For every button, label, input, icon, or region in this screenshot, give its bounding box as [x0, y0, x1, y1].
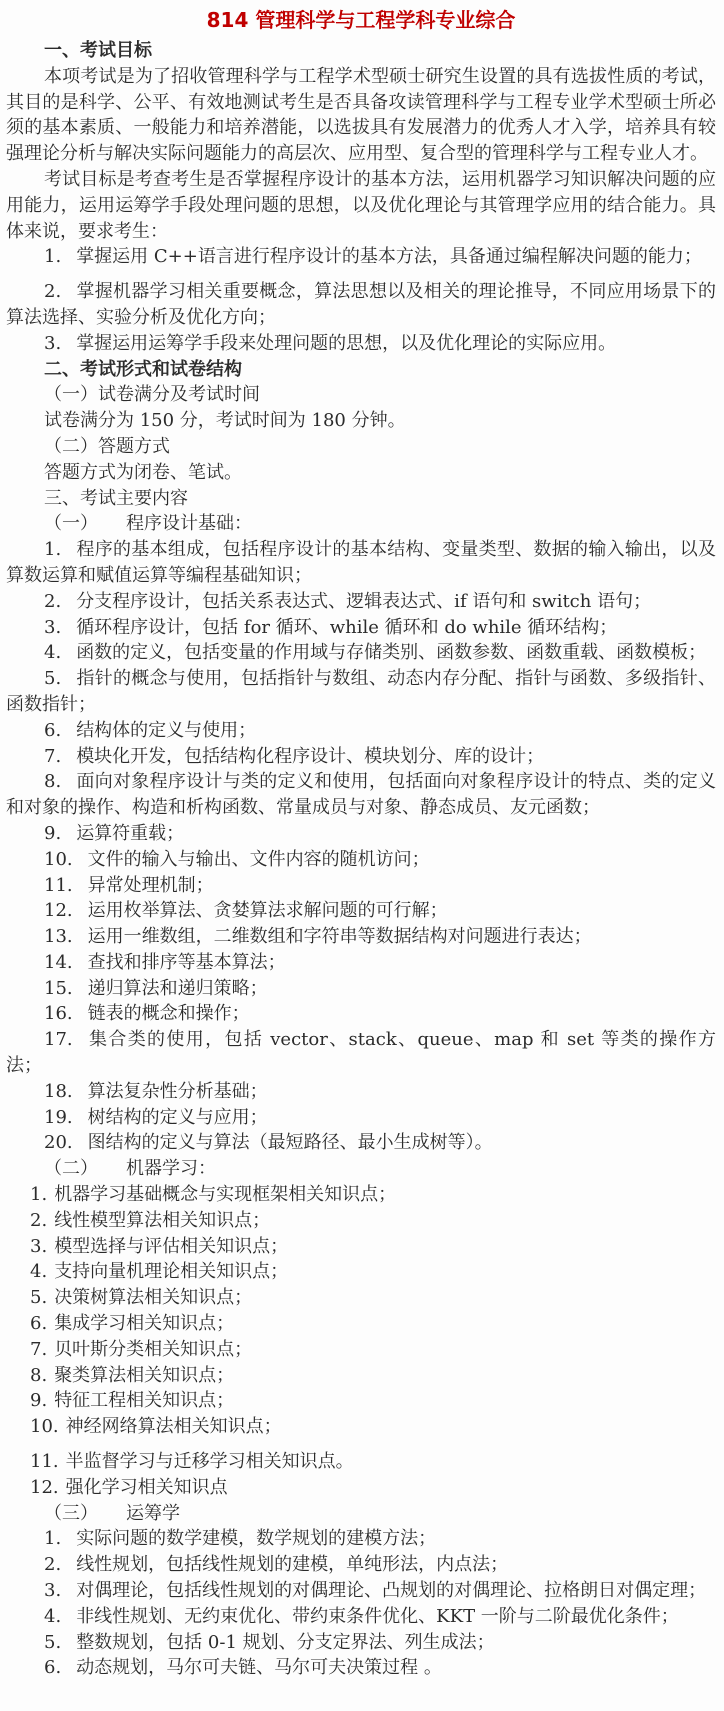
item-number: 5. [30, 1287, 47, 1308]
text-line: 试卷满分为 150 分，考试时间为 180 分钟。 [6, 408, 716, 434]
item-text: 动态规划，马尔可夫链、马尔可夫决策过程 。 [76, 1657, 442, 1678]
item-number: 11. [44, 875, 73, 896]
text-line: 三、考试主要内容 [6, 486, 716, 512]
item-number: 6. [44, 720, 61, 741]
list-item: 4.函数的定义，包括变量的作用域与存储类别、函数参数、函数重载、函数模板； [6, 640, 716, 666]
item-text: 实际问题的数学建模，数学规划的建模方法； [76, 1528, 436, 1549]
list-item: 6.动态规划，马尔可夫链、马尔可夫决策过程 。 [6, 1655, 716, 1681]
item-text: 机器学习： [126, 1158, 216, 1179]
list-item: 17.集合类的使用，包括 vector、stack、queue、map 和 se… [6, 1027, 716, 1079]
list-item: 2.掌握机器学习相关重要概念，算法思想以及相关的理论推导，不同应用场景下的算法选… [6, 279, 716, 331]
item-number: 1. [30, 1184, 47, 1205]
item-text: 程序设计基础： [126, 513, 252, 534]
list-item: 6.结构体的定义与使用； [6, 718, 716, 744]
item-text: 树结构的定义与应用； [88, 1107, 268, 1128]
item-number: 2. [44, 281, 61, 302]
item-number: 17. [44, 1029, 73, 1050]
item-text: 分支程序设计，包括关系表达式、逻辑表达式、if 语句和 switch 语句； [76, 591, 651, 612]
item-number: 2. [30, 1210, 47, 1231]
list-item: 5.决策树算法相关知识点； [6, 1285, 716, 1311]
item-text: 掌握运用 C++语言进行程序设计的基本方法，具备通过编程解决问题的能力； [76, 246, 702, 267]
item-number: 10. [30, 1416, 59, 1437]
list-item: 2.线性模型算法相关知识点； [6, 1208, 716, 1234]
item-number: 15. [44, 978, 73, 999]
document-page: 814 管理科学与工程学科专业综合 一、考试目标本项考试是为了招收管理科学与工程… [0, 0, 724, 1711]
item-number: 4. [30, 1261, 47, 1282]
item-text: 特征工程相关知识点； [54, 1390, 234, 1411]
item-number: 2. [44, 591, 61, 612]
item-text: 运用一维数组，二维数组和字符串等数据结构对问题进行表达； [88, 926, 592, 947]
list-item: 4.支持向量机理论相关知识点； [6, 1259, 716, 1285]
list-item: 3.模型选择与评估相关知识点； [6, 1234, 716, 1260]
list-item: 5.指针的概念与使用，包括指针与数组、动态内存分配、指针与函数、多级指针、函数指… [6, 666, 716, 718]
list-item: 3.掌握运用运筹学手段来处理问题的思想，以及优化理论的实际应用。 [6, 331, 716, 357]
item-number: 20. [44, 1132, 73, 1153]
item-text: 循环程序设计，包括 for 循环、while 循环和 do while 循环结构… [76, 617, 617, 638]
list-item: 12.强化学习相关知识点 [6, 1475, 716, 1501]
item-text: 函数的定义，包括变量的作用域与存储类别、函数参数、函数重载、函数模板； [76, 642, 706, 663]
list-item: 5.整数规划，包括 0-1 规划、分支定界法、列生成法； [6, 1630, 716, 1656]
list-item: 10.神经网络算法相关知识点； [6, 1414, 716, 1440]
item-text: 对偶理论，包括线性规划的对偶理论、凸规划的对偶理论、拉格朗日对偶定理； [76, 1580, 706, 1601]
item-text: 整数规划，包括 0-1 规划、分支定界法、列生成法； [76, 1632, 494, 1653]
item-number: 6. [44, 1657, 61, 1678]
item-text: 支持向量机理论相关知识点； [54, 1261, 288, 1282]
list-item: 4.非线性规划、无约束优化、带约束条件优化、KKT 一阶与二阶最优化条件； [6, 1604, 716, 1630]
item-text: 面向对象程序设计与类的定义和使用，包括面向对象程序设计的特点、类的定义和对象的操… [6, 771, 716, 818]
item-number: （二） [44, 1158, 98, 1179]
item-text: 图结构的定义与算法（最短路径、最小生成树等）。 [88, 1132, 493, 1153]
item-number: 6. [30, 1313, 47, 1334]
item-number: 7. [30, 1339, 47, 1360]
subsection-heading: （一）程序设计基础： [6, 511, 716, 537]
text-line: （一）试卷满分及考试时间 [6, 382, 716, 408]
item-text: 查找和排序等基本算法； [88, 952, 286, 973]
item-number: 3. [30, 1236, 47, 1257]
item-number: 1. [44, 1528, 61, 1549]
item-text: 神经网络算法相关知识点； [66, 1416, 282, 1437]
item-text: 运筹学 [126, 1503, 180, 1524]
item-number: （三） [44, 1503, 98, 1524]
item-number: 9. [44, 823, 61, 844]
item-number: 14. [44, 952, 73, 973]
list-item: 3.对偶理论，包括线性规划的对偶理论、凸规划的对偶理论、拉格朗日对偶定理； [6, 1578, 716, 1604]
text-line: 答题方式为闭卷、笔试。 [6, 460, 716, 486]
item-text: 非线性规划、无约束优化、带约束条件优化、KKT 一阶与二阶最优化条件； [76, 1606, 679, 1627]
item-number: 18. [44, 1081, 73, 1102]
item-text: 半监督学习与迁移学习相关知识点。 [66, 1451, 354, 1472]
list-item: 9.特征工程相关知识点； [6, 1388, 716, 1414]
list-item: 7.模块化开发，包括结构化程序设计、模块划分、库的设计； [6, 744, 716, 770]
list-item: 3.循环程序设计，包括 for 循环、while 循环和 do while 循环… [6, 615, 716, 641]
item-text: 结构体的定义与使用； [76, 720, 256, 741]
list-item: 16.链表的概念和操作； [6, 1001, 716, 1027]
item-number: 16. [44, 1003, 73, 1024]
section-heading: 二、考试形式和试卷结构 [6, 357, 716, 383]
item-text: 强化学习相关知识点 [66, 1477, 228, 1498]
item-number: 19. [44, 1107, 73, 1128]
item-number: 13. [44, 926, 73, 947]
item-number: 10. [44, 849, 73, 870]
item-text: 集成学习相关知识点； [54, 1313, 234, 1334]
item-text: 机器学习基础概念与实现框架相关知识点； [54, 1184, 396, 1205]
item-text: 指针的概念与使用，包括指针与数组、动态内存分配、指针与函数、多级指针、函数指针； [6, 668, 716, 715]
item-text: 掌握机器学习相关重要概念，算法思想以及相关的理论推导，不同应用场景下的算法选择、… [6, 281, 716, 328]
item-text: 贝叶斯分类相关知识点； [54, 1339, 252, 1360]
document-body: 一、考试目标本项考试是为了招收管理科学与工程学术型硕士研究生设置的具有选拔性质的… [6, 38, 716, 1681]
item-text: 异常处理机制； [88, 875, 214, 896]
item-text: 线性模型算法相关知识点； [54, 1210, 270, 1231]
list-item: 2.分支程序设计，包括关系表达式、逻辑表达式、if 语句和 switch 语句； [6, 589, 716, 615]
list-item: 20.图结构的定义与算法（最短路径、最小生成树等）。 [6, 1130, 716, 1156]
list-item: 10.文件的输入与输出、文件内容的随机访问； [6, 847, 716, 873]
item-text: 程序的基本组成，包括程序设计的基本结构、变量类型、数据的输入输出，以及算数运算和… [6, 539, 716, 586]
item-number: 1. [44, 246, 61, 267]
item-text: 线性规划，包括线性规划的建模，单纯形法，内点法； [76, 1554, 508, 1575]
list-item: 6.集成学习相关知识点； [6, 1311, 716, 1337]
item-number: 8. [30, 1365, 47, 1386]
subsection-heading: （二）机器学习： [6, 1156, 716, 1182]
item-number: 5. [44, 668, 61, 689]
item-number: 4. [44, 1606, 61, 1627]
item-text: 运算符重载； [76, 823, 184, 844]
list-item: 9.运算符重载； [6, 821, 716, 847]
list-item: 11.半监督学习与迁移学习相关知识点。 [6, 1449, 716, 1475]
item-number: 1. [44, 539, 61, 560]
list-item: 1.机器学习基础概念与实现框架相关知识点； [6, 1182, 716, 1208]
item-number: 12. [30, 1477, 59, 1498]
list-item: 19.树结构的定义与应用； [6, 1105, 716, 1131]
item-text: 文件的输入与输出、文件内容的随机访问； [88, 849, 430, 870]
list-item: 8.聚类算法相关知识点； [6, 1363, 716, 1389]
item-number: 2. [44, 1554, 61, 1575]
list-item: 14.查找和排序等基本算法； [6, 950, 716, 976]
item-number: 3. [44, 333, 61, 354]
list-item: 11.异常处理机制； [6, 873, 716, 899]
item-number: 3. [44, 617, 61, 638]
list-item: 18.算法复杂性分析基础； [6, 1079, 716, 1105]
item-number: 11. [30, 1451, 59, 1472]
text-line: （二）答题方式 [6, 434, 716, 460]
item-number: 9. [30, 1390, 47, 1411]
list-item: 13.运用一维数组，二维数组和字符串等数据结构对问题进行表达； [6, 924, 716, 950]
list-item: 8.面向对象程序设计与类的定义和使用，包括面向对象程序设计的特点、类的定义和对象… [6, 769, 716, 821]
paragraph: 考试目标是考查考生是否掌握程序设计的基本方法，运用机器学习知识解决问题的应用能力… [6, 167, 716, 244]
item-number: 4. [44, 642, 61, 663]
list-item: 2.线性规划，包括线性规划的建模，单纯形法，内点法； [6, 1552, 716, 1578]
list-item: 1.程序的基本组成，包括程序设计的基本结构、变量类型、数据的输入输出，以及算数运… [6, 537, 716, 589]
item-number: 12. [44, 900, 73, 921]
item-text: 算法复杂性分析基础； [88, 1081, 268, 1102]
paragraph: 本项考试是为了招收管理科学与工程学术型硕士研究生设置的具有选拔性质的考试，其目的… [6, 64, 716, 167]
item-text: 掌握运用运筹学手段来处理问题的思想，以及优化理论的实际应用。 [76, 333, 616, 354]
item-number: （一） [44, 513, 98, 534]
item-text: 决策树算法相关知识点； [54, 1287, 252, 1308]
item-number: 8. [44, 771, 61, 792]
item-text: 模型选择与评估相关知识点； [54, 1236, 288, 1257]
list-item: 15.递归算法和递归策略； [6, 976, 716, 1002]
item-number: 7. [44, 746, 61, 767]
item-text: 集合类的使用，包括 vector、stack、queue、map 和 set 等… [6, 1029, 716, 1076]
item-text: 递归算法和递归策略； [88, 978, 268, 999]
list-item: 1.实际问题的数学建模，数学规划的建模方法； [6, 1526, 716, 1552]
subsection-heading: （三）运筹学 [6, 1501, 716, 1527]
list-item: 1.掌握运用 C++语言进行程序设计的基本方法，具备通过编程解决问题的能力； [6, 244, 716, 270]
item-number: 3. [44, 1580, 61, 1601]
section-heading: 一、考试目标 [6, 38, 716, 64]
item-number: 5. [44, 1632, 61, 1653]
item-text: 运用枚举算法、贪婪算法求解问题的可行解； [88, 900, 448, 921]
list-item: 7.贝叶斯分类相关知识点； [6, 1337, 716, 1363]
list-item: 12.运用枚举算法、贪婪算法求解问题的可行解； [6, 898, 716, 924]
item-text: 链表的概念和操作； [88, 1003, 250, 1024]
page-title: 814 管理科学与工程学科专业综合 [6, 6, 716, 34]
item-text: 模块化开发，包括结构化程序设计、模块划分、库的设计； [76, 746, 544, 767]
item-text: 聚类算法相关知识点； [54, 1365, 234, 1386]
